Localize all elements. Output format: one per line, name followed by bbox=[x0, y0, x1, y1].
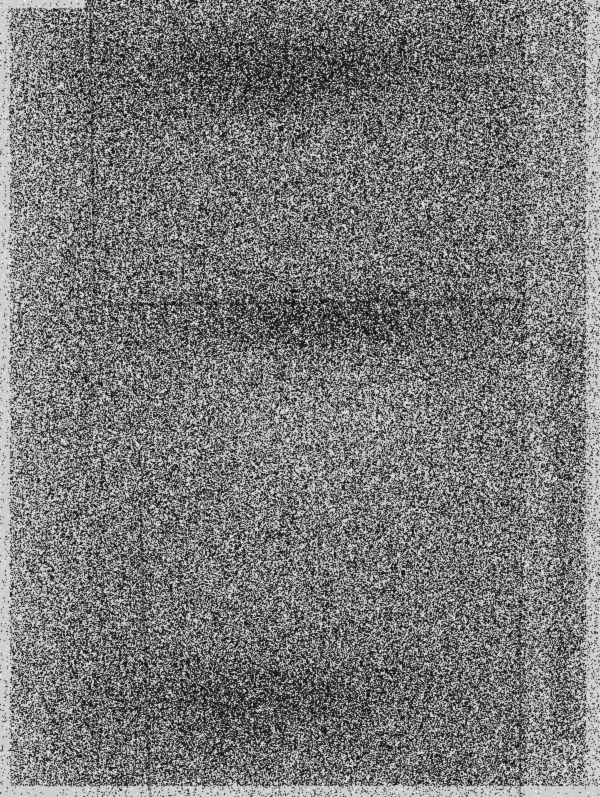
texture-image: Grunge charcoal/photocopy texture with o… bbox=[0, 0, 600, 797]
grunge-texture-canvas bbox=[0, 0, 600, 797]
